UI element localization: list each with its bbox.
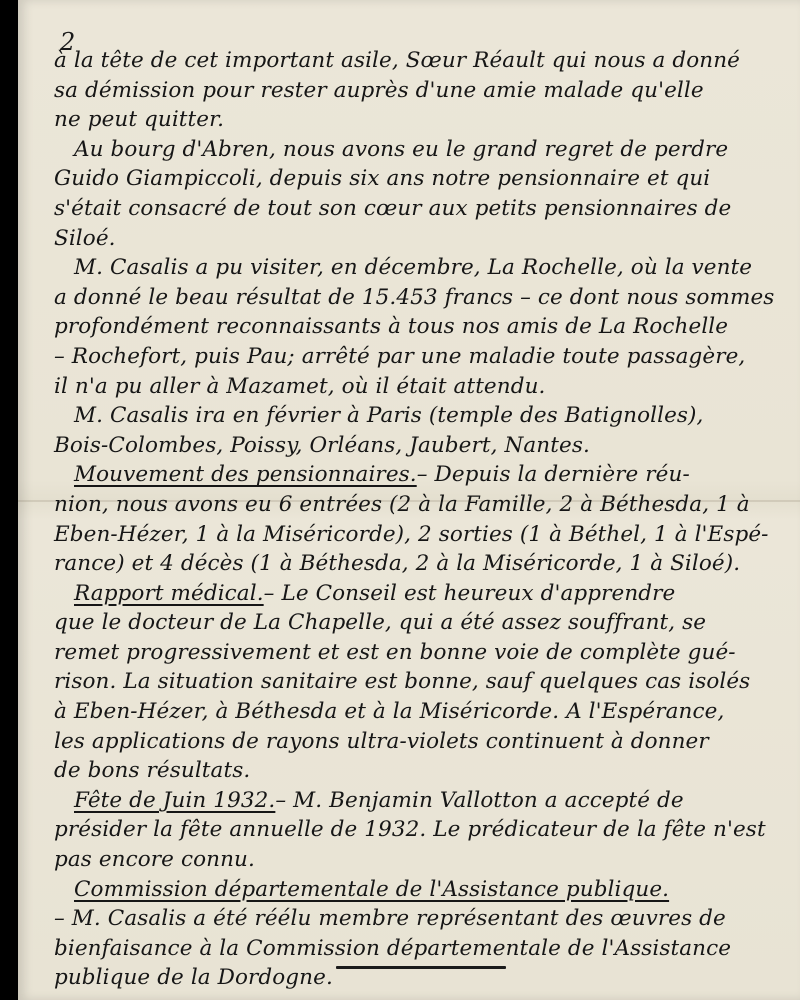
text-line: il n'a pu aller à Mazamet, où il était a… (54, 372, 774, 402)
text-line: présider la fête annuelle de 1932. Le pr… (54, 815, 774, 845)
letter-body: à la tête de cet important asile, Sœur R… (54, 46, 774, 993)
text-line: – Rochefort, puis Pau; arrêté par une ma… (54, 342, 774, 372)
text-run: – Depuis la dernière réu- (417, 462, 690, 487)
text-line: de bons résultats. (54, 756, 774, 786)
text-line: bienfaisance à la Commission département… (54, 934, 774, 964)
text-line: Au bourg d'Abren, nous avons eu le grand… (54, 135, 774, 165)
text-line: a donné le beau résultat de 15.453 franc… (54, 283, 774, 313)
section-mouvement: Mouvement des pensionnaires.– Depuis la … (54, 460, 774, 490)
handwritten-letter-page: 2 à la tête de cet important asile, Sœur… (18, 0, 800, 1000)
section-fete: Fête de Juin 1932.– M. Benjamin Vallotto… (54, 786, 774, 816)
text-line: à la tête de cet important asile, Sœur R… (54, 46, 774, 76)
text-run: – Le Conseil est heureux d'apprendre (264, 581, 676, 606)
section-rapport: Rapport médical.– Le Conseil est heureux… (54, 579, 774, 609)
text-line: nion, nous avons eu 6 entrées (2 à la Fa… (54, 490, 774, 520)
text-line: remet progressivement et est en bonne vo… (54, 638, 774, 668)
heading-commission-departementale: Commission départementale de l'Assistanc… (74, 877, 669, 902)
text-line: sa démission pour rester auprès d'une am… (54, 76, 774, 106)
text-line: les applications de rayons ultra-violets… (54, 727, 774, 757)
text-run: – M. Benjamin Vallotton a accepté de (275, 788, 683, 813)
text-line: Guido Giampiccoli, depuis six ans notre … (54, 164, 774, 194)
closing-divider-rule (336, 966, 506, 969)
heading-rapport-medical: Rapport médical. (74, 581, 264, 606)
text-line: profondément reconnaissants à tous nos a… (54, 312, 774, 342)
heading-fete-de-juin: Fête de Juin 1932. (74, 788, 275, 813)
text-line: ne peut quitter. (54, 105, 774, 135)
text-line: M. Casalis a pu visiter, en décembre, La… (54, 253, 774, 283)
text-line: Eben-Hézer, 1 à la Miséricorde), 2 sorti… (54, 520, 774, 550)
text-line: pas encore connu. (54, 845, 774, 875)
heading-mouvement-des-pensionnaires: Mouvement des pensionnaires. (74, 462, 417, 487)
section-commission: Commission départementale de l'Assistanc… (54, 875, 774, 905)
text-line: à Eben-Hézer, à Béthesda et à la Miséric… (54, 697, 774, 727)
text-line: s'était consacré de tout son cœur aux pe… (54, 194, 774, 224)
text-line: Siloé. (54, 224, 774, 254)
text-line: que le docteur de La Chapelle, qui a été… (54, 608, 774, 638)
text-line: Bois-Colombes, Poissy, Orléans, Jaubert,… (54, 431, 774, 461)
text-line: – M. Casalis a été réélu membre représen… (54, 904, 774, 934)
text-line: rance) et 4 décès (1 à Béthesda, 2 à la … (54, 549, 774, 579)
text-line: M. Casalis ira en février à Paris (templ… (54, 401, 774, 431)
text-line: rison. La situation sanitaire est bonne,… (54, 667, 774, 697)
